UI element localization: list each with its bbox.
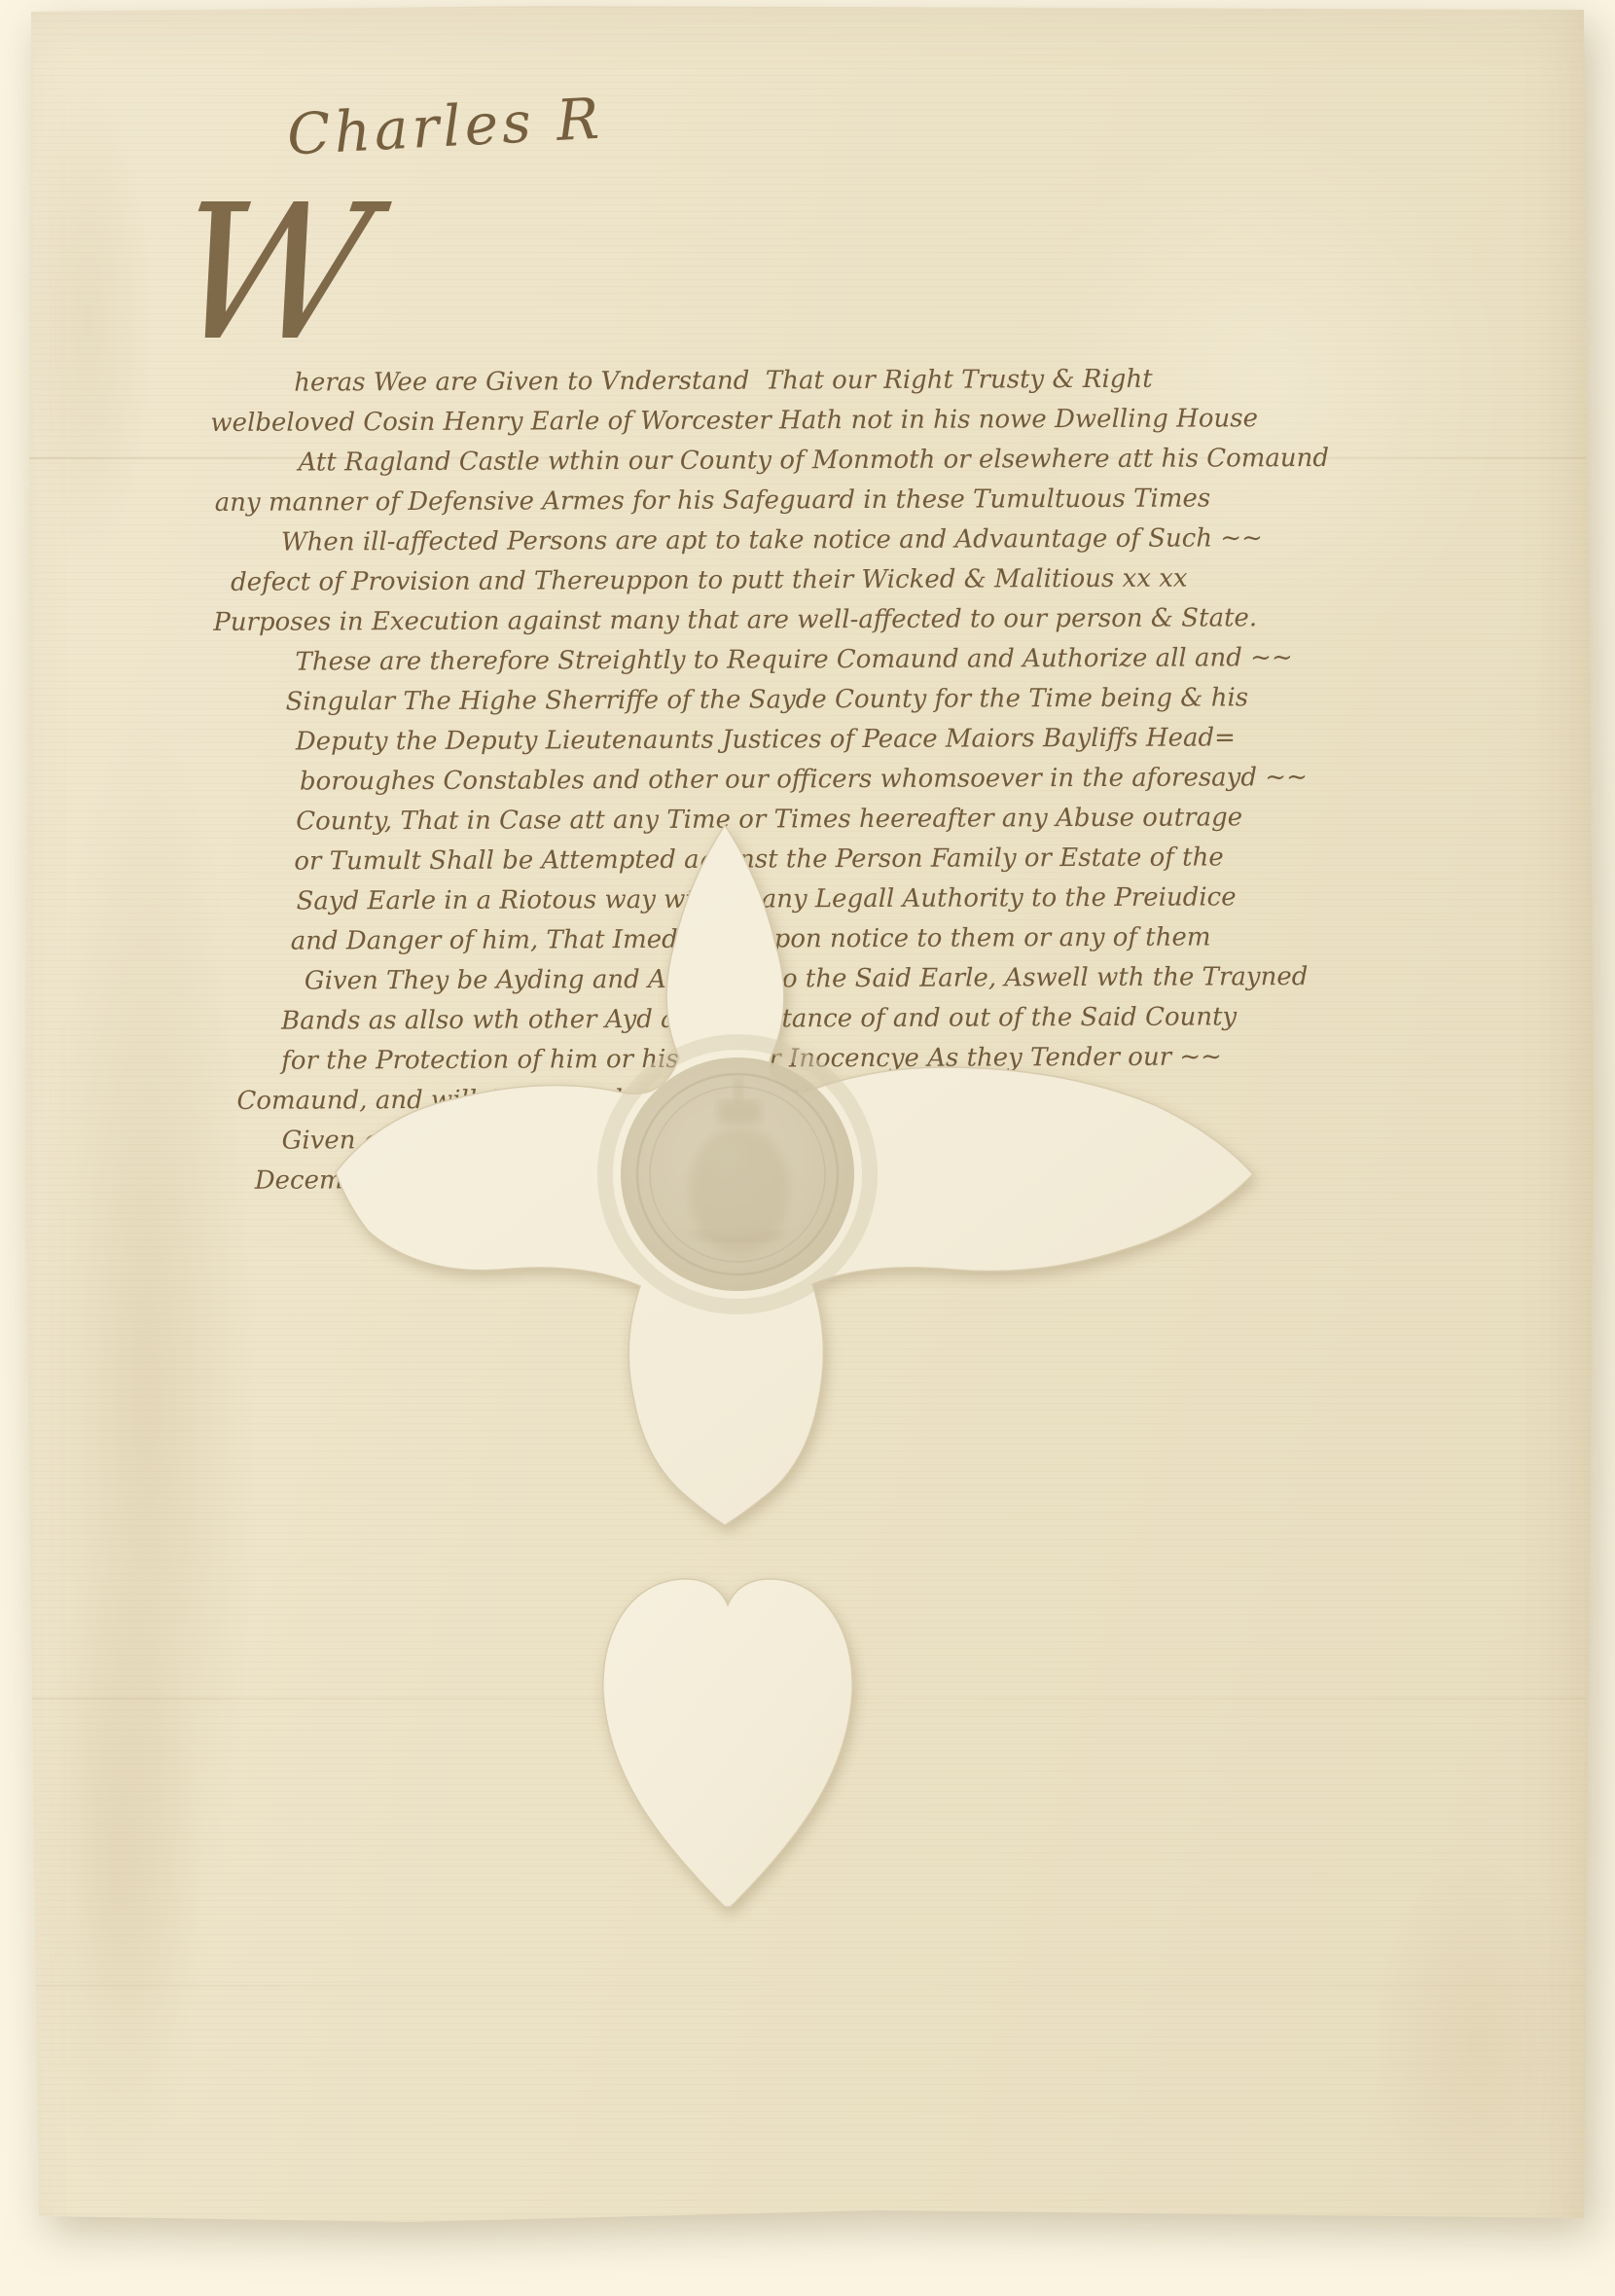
drop-cap-initial: W: [164, 181, 382, 368]
document-sheet-wrapper: Charles R W heras Wee are Given to Vnder…: [0, 0, 1615, 2296]
fold-crease: [29, 1985, 1586, 1987]
manuscript-line: Singular The Highe Sherriffe of the Sayd…: [286, 679, 1082, 723]
photograph-mat-background: Charles R W heras Wee are Given to Vnder…: [0, 0, 1615, 2296]
manuscript-line: Att Ragland Castle wthin our County of M…: [298, 440, 1080, 484]
manuscript-line: Deputy the Deputy Lieutenaunts Justices …: [296, 719, 1082, 763]
royal-signet-seal-impression: [605, 1042, 870, 1307]
manuscript-line: These are therefore Streightly to Requir…: [295, 639, 1081, 683]
royal-signature: Charles R: [285, 86, 604, 168]
manuscript-line: defect of Provision and Thereuppon to pu…: [231, 559, 1081, 603]
manuscript-line: welbeloved Cosin Henry Earle of Worceste…: [210, 400, 1080, 444]
manuscript-paper-sheet: Charles R W heras Wee are Given to Vnder…: [0, 0, 1615, 2296]
manuscript-line: Purposes in Execution against many that …: [213, 599, 1081, 643]
manuscript-line: heras Wee are Given to Vnderstand That o…: [294, 360, 1080, 404]
manuscript-line: boroughes Constables and other our offic…: [300, 759, 1082, 803]
manuscript-line: any manner of Defensive Armes for his Sa…: [215, 480, 1081, 523]
paper-wafer-seal: [321, 812, 1265, 1921]
manuscript-line: When ill-affected Persons are apt to tak…: [281, 520, 1081, 563]
cut-paper-ornament-lower: [603, 1579, 852, 1907]
